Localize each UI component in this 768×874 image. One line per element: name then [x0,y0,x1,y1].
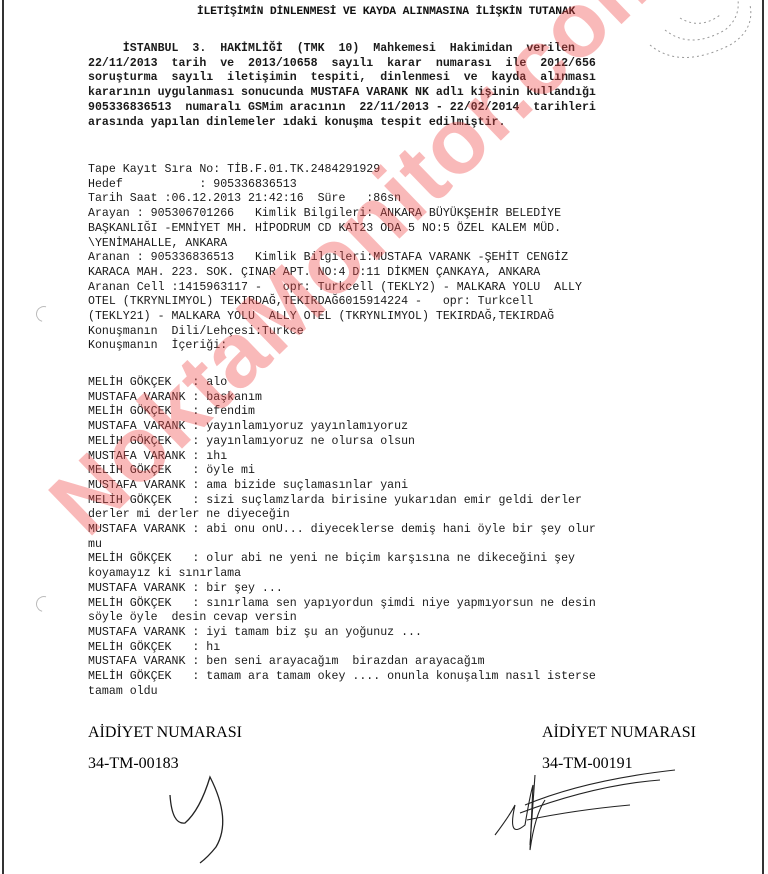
transcript-line: MELİH GÖKÇEK : sizi suçlamzlarda birisin… [88,494,582,508]
target-number: Hedef : 905336836513 [88,178,297,192]
callee-info: KARACA MAH. 223. SOK. ÇINAR APT. NO:4 D:… [88,266,540,280]
document-page: İLETİŞİMİN DİNLENMESİ VE KAYDA ALINMASIN… [0,0,768,874]
signature-left-icon [150,765,240,865]
callee-cell-info: Aranan Cell :1415963117 - opr: Turkcell … [88,281,582,295]
intro-line: 22/11/2013 tarih ve 2013/10658 sayılı ka… [88,57,596,71]
transcript-line: MELİH GÖKÇEK : sınırlama sen yapıyordun … [88,597,596,611]
caller-info: BAŞKANLIĞI -EMNİYET MH. HİPODRUM CD KAT2… [88,222,561,236]
transcript-line: MUSTAFA VARANK : ben seni arayacağım bir… [88,655,485,669]
intro-line: İSTANBUL 3. HAKİMLİĞİ (TMK 10) Mahkemesi… [88,42,575,56]
page-border-left [2,0,4,874]
intro-line: kararının uygulanması sonucunda MUSTAFA … [88,86,596,100]
transcript-line-continued: tamam oldu [88,685,158,699]
tape-record-number: Tape Kayıt Sıra No: TİB.F.01.TK.24842919… [88,163,380,177]
intro-line: 905336836513 numaralı GSMim aracının 22/… [88,101,596,115]
callee-cell-info: (TEKLY21) - MALKARA YOLU ALLY OTEL (TKRY… [88,310,554,324]
transcript-line: MUSTAFA VARANK : yayınlamıyoruz yayınlam… [88,420,408,434]
transcript-line-continued: derler mi derler ne diyeceğin [88,508,290,522]
transcript-line: MUSTAFA VARANK : ıhı [88,450,227,464]
transcript-line-continued: söyle öyle desin cevap versin [88,611,297,625]
transcript-line: MELİH GÖKÇEK : alo [88,376,227,390]
transcript-line: MUSTAFA VARANK : başkanım [88,391,262,405]
conversation-content-label: Konuşmanın İçeriği: [88,339,227,353]
punch-hole-mark [33,303,55,325]
transcript-line: MELİH GÖKÇEK : tamam ara tamam okey ....… [88,670,596,684]
intro-line: soruşturma sayılı iletişimin tespiti, di… [88,71,596,85]
document-title: İLETİŞİMİN DİNLENMESİ VE KAYDA ALINMASIN… [86,6,686,18]
transcript-line: MUSTAFA VARANK : ama bizide suçlamasınla… [88,479,408,493]
transcript-line: MELİH GÖKÇEK : öyle mi [88,464,255,478]
punch-hole-mark [33,593,55,615]
conversation-language: Konuşmanın Dili/Lehçesi:Turkce [88,325,304,339]
caller-info: \YENİMAHALLE, ANKARA [88,237,227,251]
intro-line: arasında yapılan dinlemeler ıdaki konuşm… [88,116,505,130]
transcript-line: MELİH GÖKÇEK : olur abi ne yeni ne biçim… [88,552,575,566]
transcript-line-continued: koyamayız ki sınırlama [88,567,241,581]
transcript-line: MELİH GÖKÇEK : efendim [88,405,255,419]
date-time-duration: Tarih Saat :06.12.2013 21:42:16 Süre :86… [88,192,401,206]
callee-cell-info: OTEL (TKRYNLIMYOL) TEKIRDAĞ,TEKIRDAĞ6015… [88,295,533,309]
transcript-line: MUSTAFA VARANK : iyi tamam biz şu an yoğ… [88,626,422,640]
transcript-line-continued: mu [88,538,102,552]
transcript-line: MUSTAFA VARANK : bir şey ... [88,582,283,596]
transcript-line: MUSTAFA VARANK : abi onu onU... diyecekl… [88,523,596,537]
transcript-line: MELİH GÖKÇEK : yayınlamıyoruz ne olursa … [88,435,415,449]
caller-info: Arayan : 905306701266 Kimlik Bilgileri: … [88,207,561,221]
footer-right-label: AİDİYET NUMARASI [542,724,696,742]
page-border-right [762,0,764,874]
signature-right-icon [485,755,685,855]
footer-left-label: AİDİYET NUMARASI [88,724,242,742]
callee-info: Aranan : 905336836513 Kimlik Bilgileri:M… [88,251,568,265]
transcript-line: MELİH GÖKÇEK : hı [88,641,220,655]
